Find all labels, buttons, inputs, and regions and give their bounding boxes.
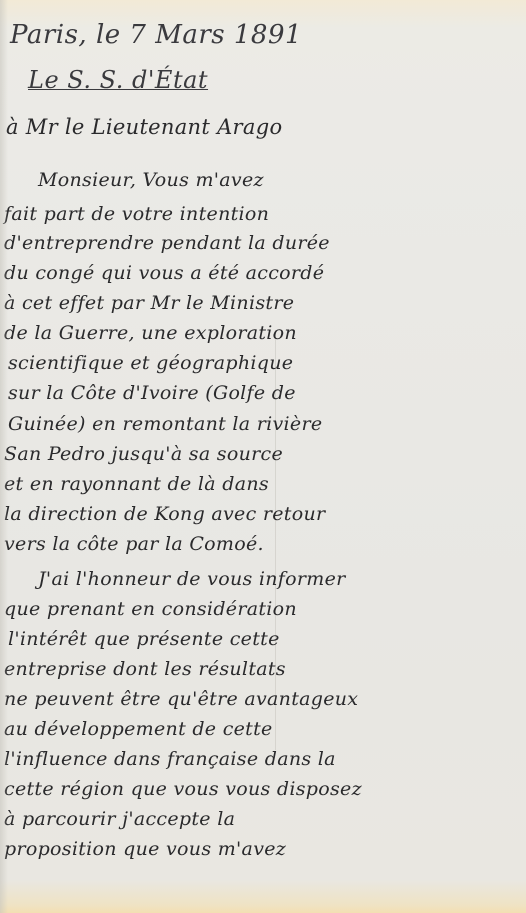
body-line: J'ai l'honneur de vous informer — [38, 568, 346, 590]
body-line: Monsieur, Vous m'avez — [38, 169, 264, 191]
body-line: l'influence dans française dans la — [4, 748, 336, 770]
body-line: à parcourir j'accepte la — [4, 808, 235, 830]
body-line: à cet effet par Mr le Ministre — [4, 292, 294, 314]
body-line: et en rayonnant de là dans — [4, 473, 269, 495]
body-line: vers la côte par la Comoé. — [4, 533, 264, 555]
body-line: que prenant en considération — [4, 598, 297, 620]
body-line: cette région que vous vous disposez — [4, 778, 362, 800]
body-line: l'intérêt que présente cette — [8, 628, 280, 650]
body-line: scientifique et géographique — [8, 352, 293, 374]
body-line: San Pedro jusqu'à sa source — [4, 443, 283, 465]
body-line: d'entreprendre pendant la durée — [4, 232, 330, 254]
body-line: de la Guerre, une exploration — [4, 322, 297, 344]
body-line: ne peuvent être qu'être avantageux — [4, 688, 358, 710]
recipient-line: à Mr le Lieutenant Arago — [6, 115, 282, 139]
body-line: la direction de Kong avec retour — [4, 503, 325, 525]
body-line: fait part de votre intention — [4, 203, 269, 225]
body-line: Guinée) en remontant la rivière — [8, 413, 322, 435]
body-line: du congé qui vous a été accordé — [4, 262, 324, 284]
body-line: sur la Côte d'Ivoire (Golfe de — [8, 382, 296, 404]
letter-page: Paris, le 7 Mars 1891 Le S. S. d'État à … — [0, 0, 526, 913]
body-line: proposition que vous m'avez — [4, 838, 286, 860]
place-date: Paris, le 7 Mars 1891 — [10, 20, 302, 50]
body-line: au développement de cette — [4, 718, 273, 740]
body-line: entreprise dont les résultats — [4, 658, 286, 680]
sender-line: Le S. S. d'État — [28, 66, 208, 94]
